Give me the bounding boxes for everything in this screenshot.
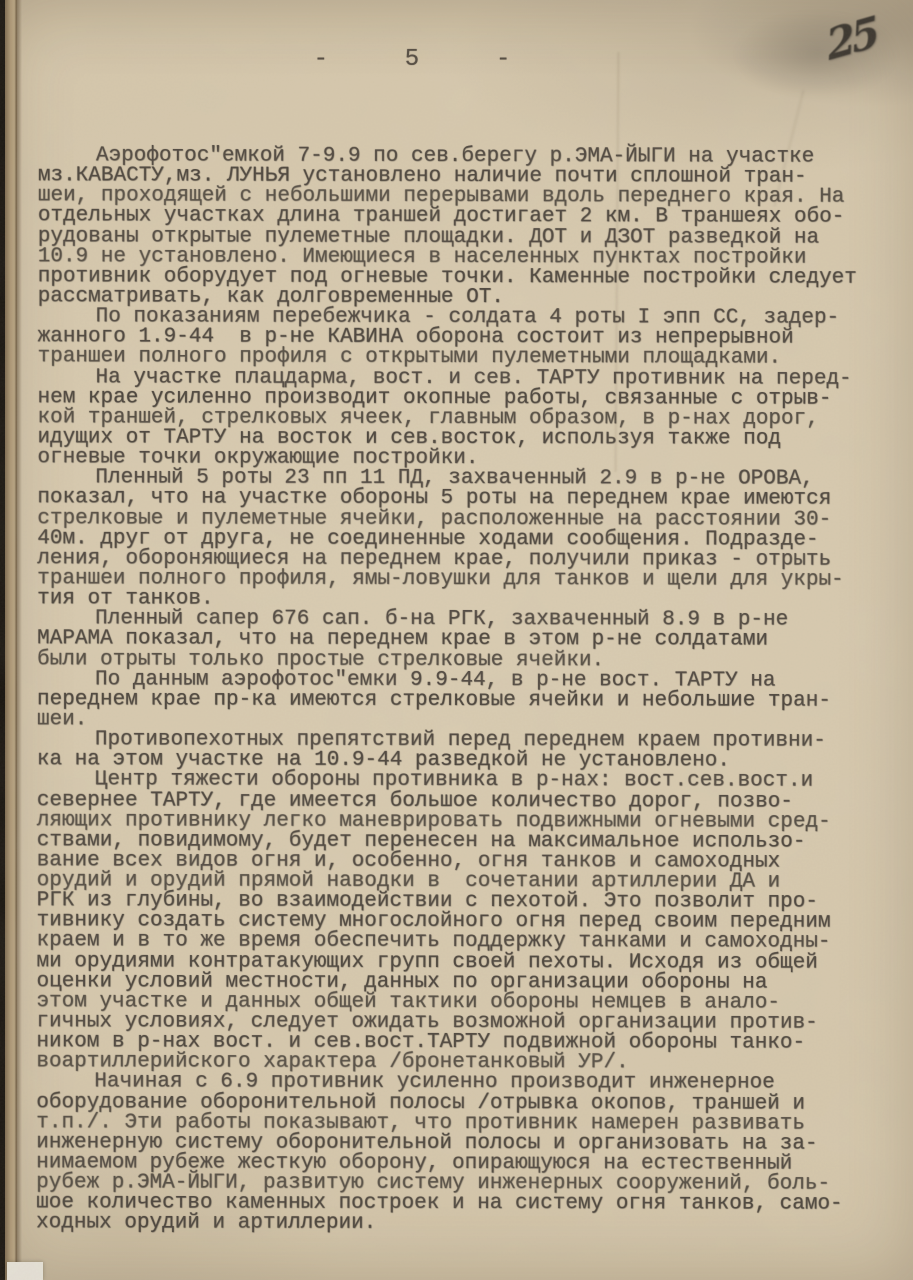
- page-edge-seam: [17, 0, 22, 1280]
- text-line: стрелковые и пулеметные ячейки, располож…: [37, 509, 897, 531]
- text-line: рубеж р.ЭМА-ЙЫГИ, развитую систему инжен…: [36, 1173, 896, 1195]
- text-line: гичных условиях, следует ожидать возможн…: [36, 1012, 896, 1034]
- text-line: На участке плацдарма, вост. и сев. ТАРТУ…: [38, 368, 898, 390]
- text-line: краем и в то же время обеспечить поддерж…: [37, 932, 897, 954]
- text-line: Центр тяжести обороны противника в р-нах…: [37, 771, 897, 793]
- text-line: Аэрофотос"емкой 7-9.9 по сев.берегу р.ЭМ…: [38, 146, 898, 168]
- text-line: шеи, проходящей с небольшими перерывами …: [38, 187, 898, 209]
- text-line: Противопехотных препятствий перед передн…: [37, 730, 897, 752]
- document-body: Аэрофотос"емкой 7-9.9 по сев.берегу р.ЭМ…: [36, 146, 898, 1235]
- page-number: - 5 -: [300, 46, 540, 73]
- book-edge-underpage: [5, 0, 17, 1280]
- paragraph: Начиная с 6.9 противник усиленно произво…: [36, 1073, 896, 1236]
- text-line: ляющих противнику легко маневрировать по…: [37, 811, 897, 833]
- text-line: орудий и орудий прямой наводки в сочетан…: [37, 871, 897, 893]
- text-line: переднем крае пр-ка имеются стрелковые я…: [37, 690, 897, 712]
- paragraph: Аэрофотос"емкой 7-9.9 по сев.берегу р.ЭМ…: [38, 146, 898, 309]
- paragraph: По данным аэрофотос"емки 9.9-44, в р-не …: [37, 670, 897, 732]
- text-line: т.п./. Эти работы показывают, что против…: [36, 1113, 896, 1135]
- text-line: траншеи полного профиля, ямы-ловушки для…: [37, 569, 897, 591]
- paragraph: Противопехотных препятствий перед передн…: [37, 730, 897, 772]
- paragraph: На участке плацдарма, вост. и сев. ТАРТУ…: [37, 368, 897, 470]
- text-line: Начиная с 6.9 противник усиленно произво…: [36, 1073, 896, 1095]
- text-line: По показаниям перебежчика - солдата 4 ро…: [38, 307, 898, 329]
- paragraph: Пленный сапер 676 сап. б-на РГК, захваче…: [37, 609, 897, 671]
- text-line: По данным аэрофотос"емки 9.9-44, в р-не …: [37, 670, 897, 692]
- scanned-page: - 5 - 25 Аэрофотос"емкой 7-9.9 по сев.бе…: [0, 0, 913, 1280]
- text-line: ходных орудий и артиллерии.: [36, 1214, 896, 1236]
- paragraph: Центр тяжести обороны противника в р-нах…: [36, 771, 897, 1075]
- next-page-corner: [7, 1262, 43, 1280]
- text-line: Пленный сапер 676 сап. б-на РГК, захваче…: [37, 609, 897, 631]
- paragraph: Пленный 5 роты 23 пп 11 ПД, захваченный …: [37, 468, 897, 610]
- ink-smudge: [690, 0, 913, 120]
- text-line: 10.9 не установлено. Имеющиеся в населен…: [38, 247, 898, 269]
- paragraph: По показаниям перебежчика - солдата 4 ро…: [38, 307, 898, 369]
- text-line: Пленный 5 роты 23 пп 11 ПД, захваченный …: [37, 468, 897, 490]
- text-line: кой траншей, стрелковых ячеек, главным о…: [37, 408, 897, 430]
